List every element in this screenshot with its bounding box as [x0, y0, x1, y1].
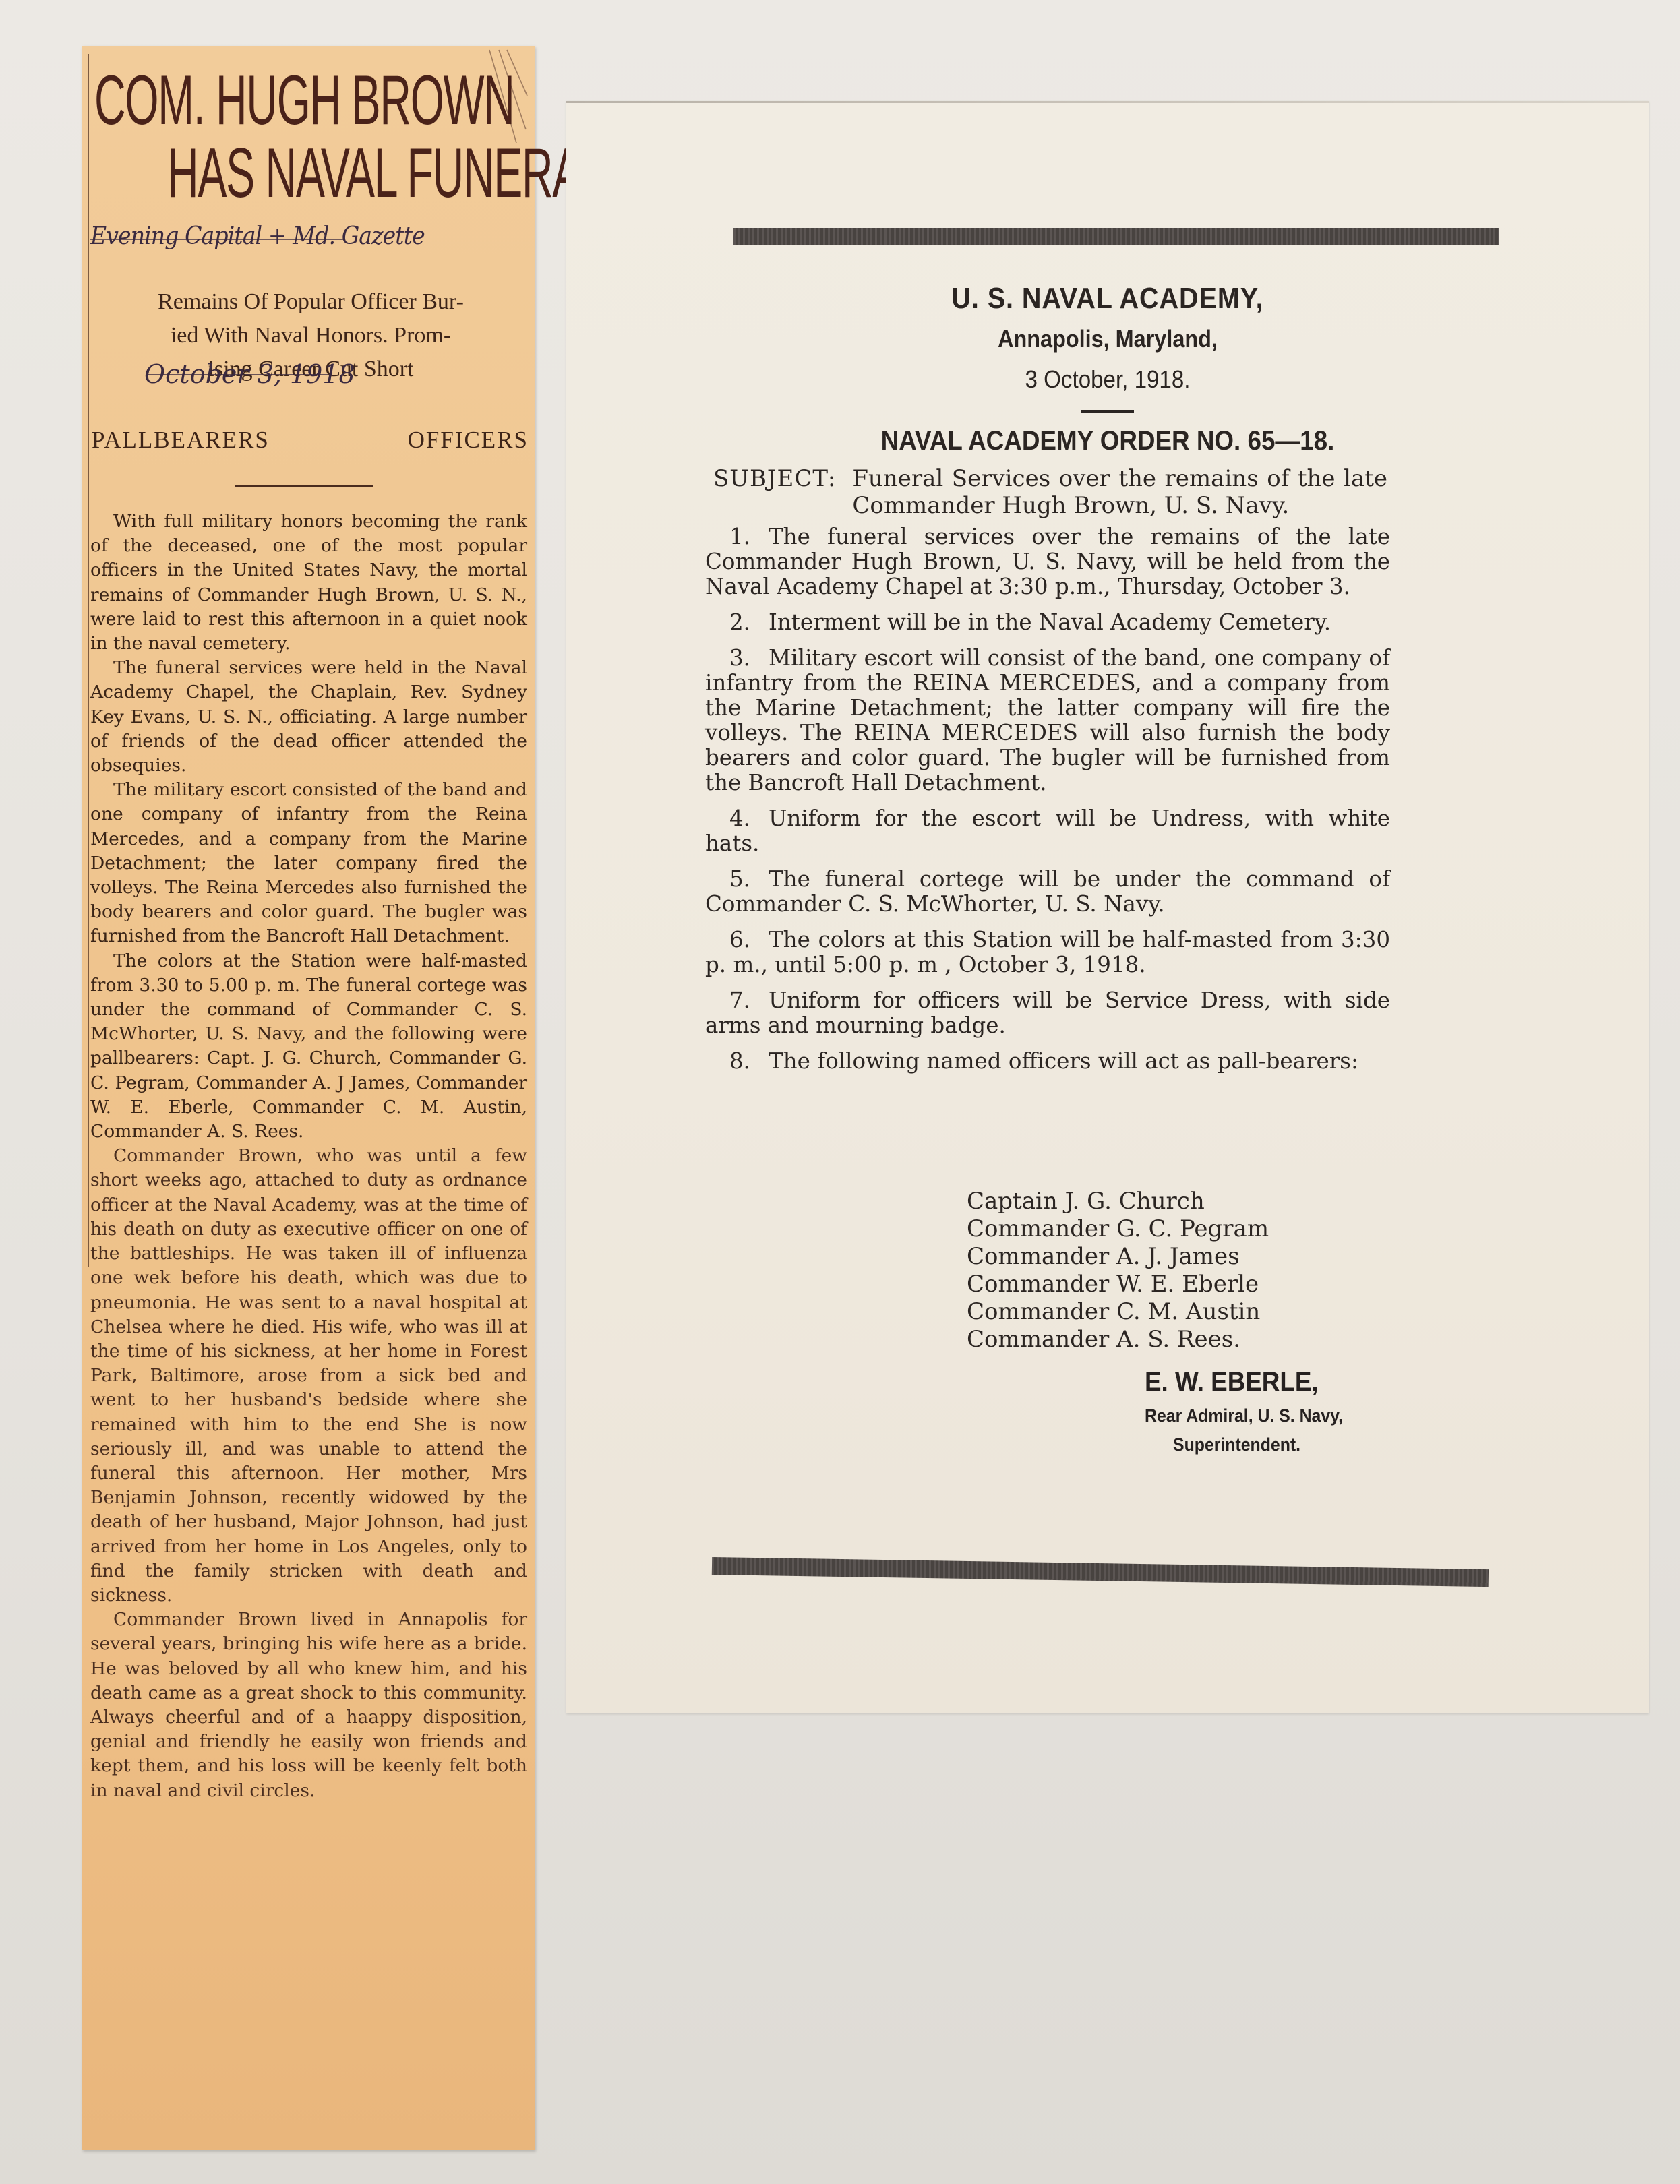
subhead-officers: OFFICERS [408, 427, 529, 454]
paragraph-number: 4. [729, 806, 769, 831]
article-paragraph: The military escort consisted of the ban… [90, 778, 527, 948]
order-paragraph-6: 6.The colors at this Station will be hal… [705, 928, 1390, 977]
handwritten-source-note: Evening Capital + Md. Gazette [90, 222, 425, 250]
divider-rule [235, 485, 373, 487]
order-paragraph-1: 1.The funeral services over the remains … [705, 524, 1390, 599]
clipping-border-line [88, 54, 89, 1267]
article-paragraph: The colors at the Station were half-mast… [90, 949, 527, 1145]
institution-heading: U. S. NAVAL ACADEMY, [620, 282, 1594, 315]
order-paragraph-2: 2.Interment will be in the Naval Academy… [705, 610, 1390, 635]
paragraph-number: 2. [729, 610, 769, 635]
subject-label: SUBJECT: [713, 465, 836, 519]
order-paragraph-8: 8.The following named officers will act … [705, 1049, 1390, 1074]
paragraph-text: The funeral services over the remains of… [705, 524, 1390, 599]
pallbearer-name: Commander A. J. James [967, 1243, 1269, 1271]
paragraph-number: 8. [729, 1049, 769, 1074]
paper-top-edge [566, 101, 1649, 103]
paragraph-text: The following named officers will act as… [769, 1048, 1358, 1074]
signatory-rank: Rear Admiral, U. S. Navy, [1145, 1405, 1343, 1426]
naval-academy-order-document: U. S. NAVAL ACADEMY, Annapolis, Maryland… [566, 101, 1649, 1713]
headline-line-1: COM. HUGH BROWN [94, 61, 514, 141]
paragraph-number: 5. [729, 867, 769, 892]
article-subheads: PALLBEARERS OFFICERS [92, 427, 529, 454]
paragraph-text: Uniform for the escort will be Undress, … [705, 806, 1390, 856]
decorative-bar-top [733, 228, 1499, 245]
location-heading: Annapolis, Maryland, [620, 325, 1594, 353]
newspaper-clipping: COM. HUGH BROWN HAS NAVAL FUNERAL Evenin… [82, 46, 535, 2150]
paragraph-text: Uniform for officers will be Service Dre… [705, 988, 1390, 1038]
order-date: 3 October, 1918. [609, 365, 1606, 394]
heading-dash-rule [1081, 410, 1134, 413]
subhead-pallbearers: PALLBEARERS [92, 427, 270, 454]
order-paragraph-7: 7.Uniform for officers will be Service D… [705, 988, 1390, 1038]
deck-line: ied With Naval Honors. Prom- [92, 319, 530, 353]
order-paragraph-5: 5.The funeral cortege will be under the … [705, 867, 1390, 917]
paragraph-number: 3. [729, 646, 769, 671]
deck-line: Remains Of Popular Officer Bur- [92, 285, 530, 319]
subject-text: Funeral Services over the remains of the… [852, 465, 1387, 519]
article-paragraph: The funeral services were held in the Na… [90, 656, 527, 778]
pallbearer-name: Commander C. M. Austin [967, 1298, 1269, 1326]
paragraph-text: Interment will be in the Naval Academy C… [769, 609, 1331, 635]
headline-line-2: HAS NAVAL FUNERAL [167, 133, 604, 214]
paragraph-text: The funeral cortege will be under the co… [705, 866, 1390, 917]
paragraph-number: 1. [729, 524, 769, 549]
pallbearer-name: Commander G. C. Pegram [967, 1215, 1269, 1243]
paragraph-number: 6. [729, 928, 769, 952]
signatory-name: E. W. EBERLE, [1145, 1367, 1343, 1397]
pallbearer-name: Commander W. E. Eberle [967, 1271, 1269, 1298]
article-paragraph: With full military honors becoming the r… [90, 510, 527, 656]
signatory-title: Superintendent. [1173, 1434, 1345, 1455]
pallbearer-name: Commander A. S. Rees. [967, 1326, 1269, 1354]
order-paragraph-4: 4.Uniform for the escort will be Undress… [705, 806, 1390, 856]
subject-line: SUBJECT: Funeral Services over the remai… [713, 465, 1387, 519]
order-paragraphs: 1.The funeral services over the remains … [705, 524, 1390, 1085]
handwritten-date-note: October 3, 1918 [144, 359, 355, 389]
decorative-bar-bottom [712, 1557, 1489, 1587]
article-paragraph: Commander Brown lived in Annapolis for s… [90, 1608, 527, 1803]
paragraph-text: The colors at this Station will be half-… [705, 927, 1390, 977]
order-title: NAVAL ACADEMY ORDER NO. 65—18. [609, 426, 1606, 456]
article-body: With full military honors becoming the r… [90, 510, 527, 1803]
order-paragraph-3: 3.Military escort will consist of the ba… [705, 646, 1390, 795]
pallbearer-name: Captain J. G. Church [967, 1188, 1269, 1215]
pallbearer-list: Captain J. G. Church Commander G. C. Peg… [967, 1188, 1269, 1354]
paragraph-number: 7. [729, 988, 769, 1013]
article-paragraph: Commander Brown, who was until a few sho… [90, 1144, 527, 1608]
paragraph-text: Military escort will consist of the band… [705, 645, 1390, 795]
signature-block: E. W. EBERLE, Rear Admiral, U. S. Navy, … [1118, 1367, 1360, 1455]
